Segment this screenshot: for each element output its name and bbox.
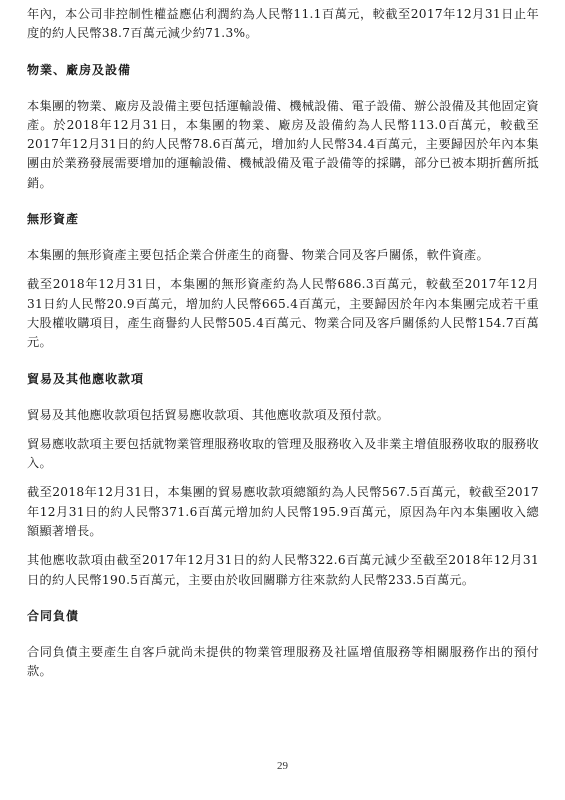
section-heading-receivables: 貿易及其他應收款項 [27, 370, 539, 389]
receivables-paragraph-2: 貿易應收款項主要包括就物業管理服務收取的管理及服務收入及非業主增值服務收取的服務… [27, 435, 539, 474]
ppe-paragraph: 本集團的物業、廠房及設備主要包括運輸設備、機械設備、電子設備、辦公設備及其他固定… [27, 97, 539, 193]
intangible-paragraph-1: 本集團的無形資產主要包括企業合併產生的商譽、物業合同及客戶關係，軟件資產。 [27, 246, 539, 265]
intangible-paragraph-2: 截至2018年12月31日，本集團的無形資產約為人民幣686.3百萬元，較截至2… [27, 275, 539, 352]
section-heading-intangible-assets: 無形資產 [27, 210, 539, 229]
receivables-paragraph-3: 截至2018年12月31日，本集團的貿易應收款項總額約為人民幣567.5百萬元，… [27, 483, 539, 541]
document-page: 年內，本公司非控制性權益應佔利潤約為人民幣11.1百萬元，較截至2017年12月… [27, 5, 539, 682]
intro-paragraph: 年內，本公司非控制性權益應佔利潤約為人民幣11.1百萬元，較截至2017年12月… [27, 5, 539, 44]
section-heading-ppe: 物業、廠房及設備 [27, 61, 539, 80]
receivables-paragraph-4: 其他應收款項由截至2017年12月31日的約人民幣322.6百萬元減少至截至20… [27, 551, 539, 590]
page-number: 29 [0, 760, 565, 772]
receivables-paragraph-1: 貿易及其他應收款項包括貿易應收款項、其他應收款項及預付款。 [27, 406, 539, 425]
contract-liabilities-paragraph: 合同負債主要產生自客戶就尚未提供的物業管理服務及社區增值服務等相關服務作出的預付… [27, 643, 539, 682]
section-heading-contract-liabilities: 合同負債 [27, 607, 539, 626]
